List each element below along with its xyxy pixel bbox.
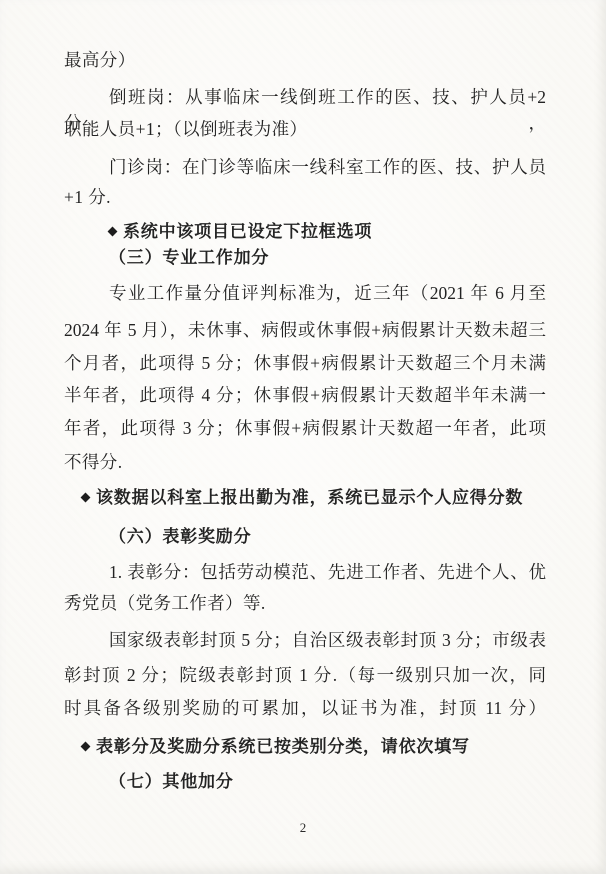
page-number: 2 [0,818,606,838]
text-line: 年者，此项得 3 分；休事假+病假累计天数超一年者，此项 [64,415,546,441]
text-line: 最高分） [64,47,546,73]
text-line: 秀党员（党务工作者）等. [64,590,546,616]
note-text: 该数据以科室上报出勤为准，系统已显示个人应得分数 [96,488,523,507]
text-line: 1. 表彰分：包括劳动模范、先进工作者、先进个人、优 [64,559,546,585]
bullet-icon [81,742,91,752]
text-line: 不得分. [64,449,546,475]
bullet-icon [108,227,118,237]
text-line: 门诊岗：在门诊等临床一线科室工作的医、技、护人员 [64,154,546,180]
note-line: 该数据以科室上报出勤为准，系统已显示个人应得分数 [64,485,546,511]
bullet-icon [81,493,91,503]
note-line: 表彰分及奖励分系统已按类别分类，请依次填写 [64,734,546,760]
text-line: 个月者，此项得 5 分；休事假+病假累计天数超三个月未满 [64,350,546,376]
note-line: 系统中该项目已设定下拉框选项 [64,219,546,245]
section-heading: （六）表彰奖励分 [64,524,546,550]
note-text: 表彰分及奖励分系统已按类别分类，请依次填写 [96,737,470,756]
text-line: 2024 年 5 月），未休事、病假或休事假+病假累计天数未超三 [64,317,546,343]
section-heading: （七）其他加分 [64,769,546,795]
text-line: 时具备各级别奖励的可累加，以证书为准，封顶 11 分） [64,695,546,721]
note-text: 系统中该项目已设定下拉框选项 [123,222,372,241]
text-line: 国家级表彰封顶 5 分；自治区级表彰封顶 3 分；市级表 [64,627,546,653]
text-line: 职能人员+1；（以倒班表为准） [64,116,546,142]
scanned-document-page: 最高分） 倒班岗：从事临床一线倒班工作的医、技、护人员+2 分， 职能人员+1；… [0,0,606,874]
text-line: 倒班岗：从事临床一线倒班工作的医、技、护人员+2 分， [64,84,546,110]
text-line: 半年者，此项得 4 分；休事假+病假累计天数超半年未满一 [64,382,546,408]
text-line: 彰封顶 2 分；院级表彰封顶 1 分.（每一级别只加一次，同 [64,662,546,688]
section-heading: （三）专业工作加分 [64,245,546,271]
text-line: 专业工作量分值评判标准为，近三年（2021 年 6 月至 [64,280,546,306]
text-line: +1 分. [64,184,546,210]
